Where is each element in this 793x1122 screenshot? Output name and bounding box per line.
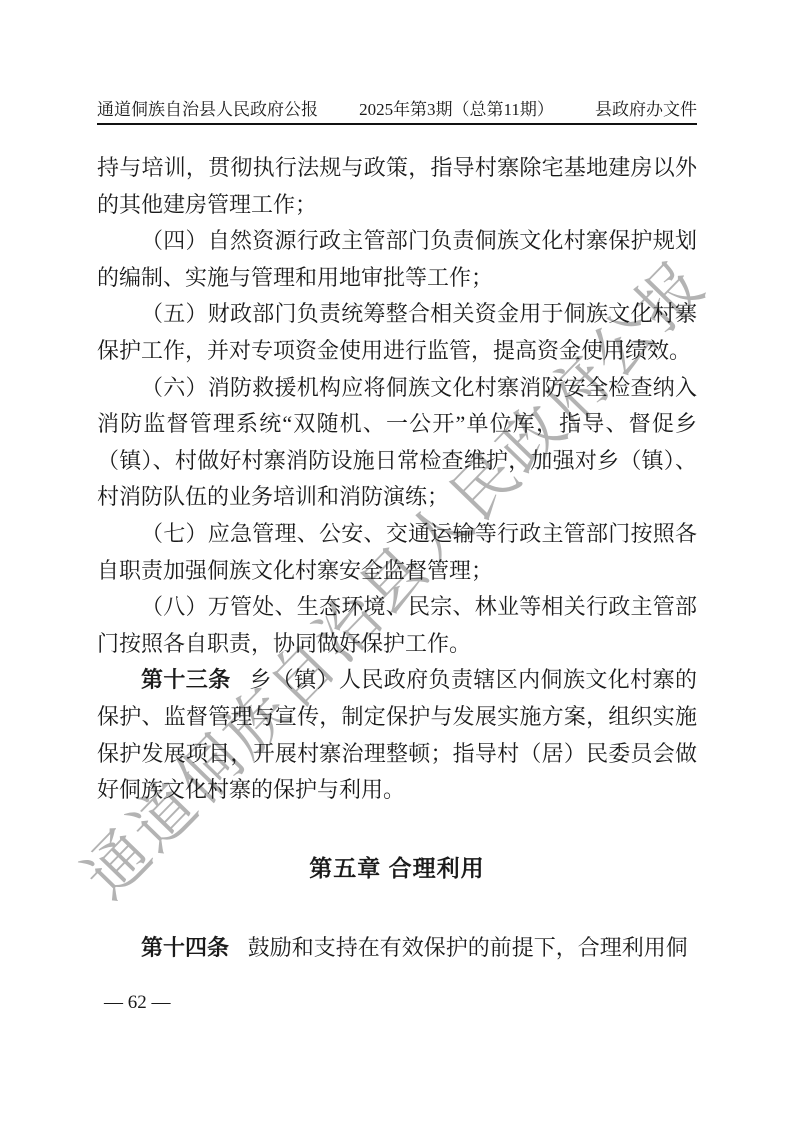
article-13-label: 第十三条 xyxy=(141,667,231,692)
document-body: 持与培训，贯彻执行法规与政策，指导村寨除宅基地建房以外的其他建房管理工作； （四… xyxy=(97,150,697,967)
article-13-paragraph: 第十三条乡（镇）人民政府负责辖区内侗族文化村寨的保护、监督管理与宣传，制定保护与… xyxy=(97,662,697,808)
page-number: — 62 — xyxy=(104,992,171,1014)
chapter-5-heading: 第五章 合理利用 xyxy=(97,850,697,887)
clause-4-paragraph: （四）自然资源行政主管部门负责侗族文化村寨保护规划的编制、实施与管理和用地审批等… xyxy=(97,223,697,296)
clause-5-paragraph: （五）财政部门负责统筹整合相关资金用于侗族文化村寨保护工作，并对专项资金使用进行… xyxy=(97,296,697,369)
clause-8-paragraph: （八）万管处、生态环境、民宗、林业等相关行政主管部门按照各自职责，协同做好保护工… xyxy=(97,589,697,662)
gazette-page: 通道侗族自治县人民政府公报 通道侗族自治县人民政府公报 2025年第3期（总第1… xyxy=(0,0,793,1122)
article-14-paragraph: 第十四条鼓励和支持在有效保护的前提下，合理利用侗 xyxy=(97,930,697,967)
article-14-label: 第十四条 xyxy=(141,935,229,960)
continued-paragraph: 持与培训，贯彻执行法规与政策，指导村寨除宅基地建房以外的其他建房管理工作； xyxy=(97,150,697,223)
header-gazette-title: 通道侗族自治县人民政府公报 xyxy=(97,100,318,120)
page-header: 通道侗族自治县人民政府公报 2025年第3期（总第11期） 县政府办文件 xyxy=(97,100,697,125)
clause-6-paragraph: （六）消防救援机构应将侗族文化村寨消防安全检查纳入消防监督管理系统“双随机、一公… xyxy=(97,370,697,516)
clause-7-paragraph: （七）应急管理、公安、交通运输等行政主管部门按照各自职责加强侗族文化村寨安全监督… xyxy=(97,516,697,589)
header-issue-info: 2025年第3期（总第11期） xyxy=(359,100,554,120)
header-document-type: 县政府办文件 xyxy=(595,100,697,120)
article-14-text: 鼓励和支持在有效保护的前提下，合理利用侗 xyxy=(248,935,688,960)
